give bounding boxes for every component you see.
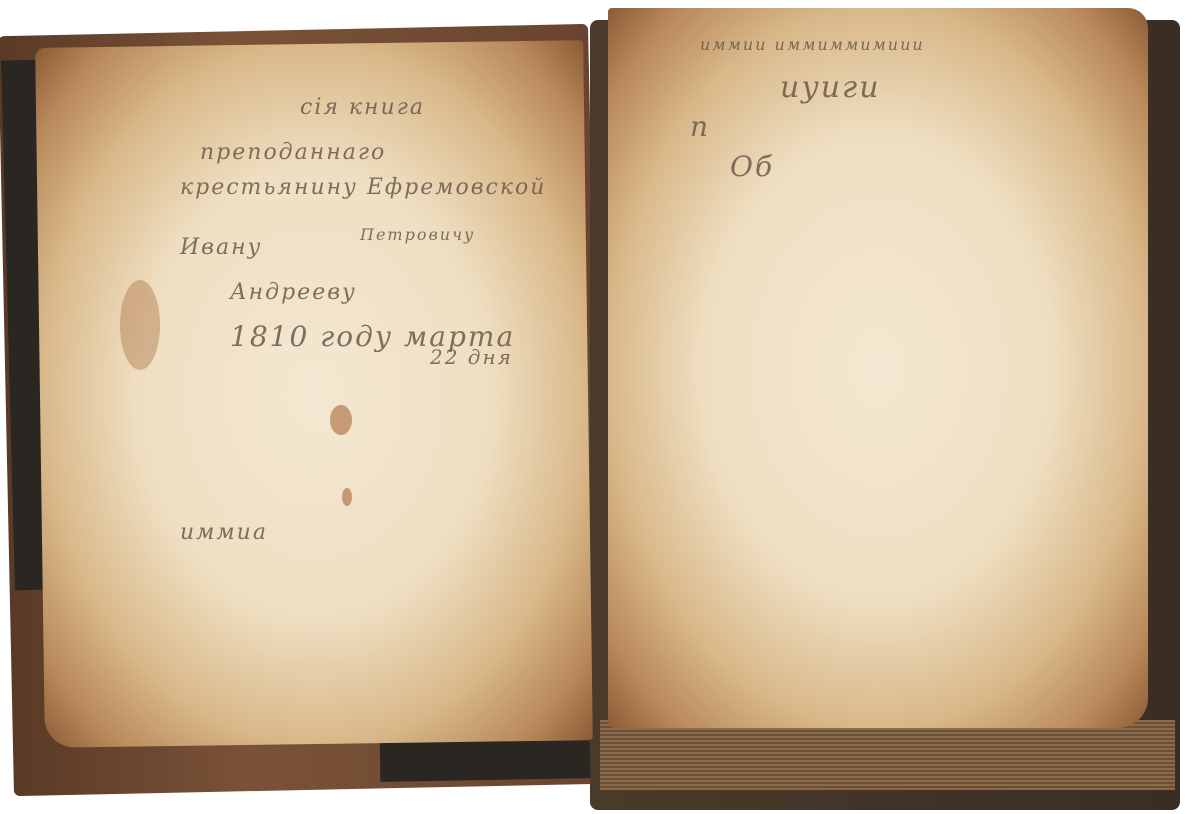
handwriting-line: сія книга	[300, 95, 425, 120]
ink-stain	[330, 405, 352, 435]
handwriting-line: Андрееву	[230, 280, 357, 305]
handwriting-line: Петровичу	[360, 225, 475, 244]
handwriting-scribble: иммиа	[180, 520, 268, 545]
handwriting-line: преподаннаго	[200, 140, 386, 165]
handwriting-line: п	[690, 110, 710, 143]
handwriting-line: крестьянину Ефремовской	[180, 175, 546, 200]
book-photo: сія книга преподаннаго крестьянину Ефрем…	[0, 0, 1200, 814]
handwriting-line: Ивану	[180, 235, 262, 260]
water-stain	[120, 280, 160, 370]
right-page	[608, 8, 1148, 728]
handwriting-day: 22 дня	[430, 345, 513, 369]
handwriting-line: иммии иммиммимиии	[700, 35, 925, 54]
handwriting-line: Об	[730, 150, 774, 183]
handwriting-line: иуиги	[780, 70, 881, 105]
ink-stain	[342, 488, 352, 506]
page-block-edge	[600, 720, 1175, 790]
